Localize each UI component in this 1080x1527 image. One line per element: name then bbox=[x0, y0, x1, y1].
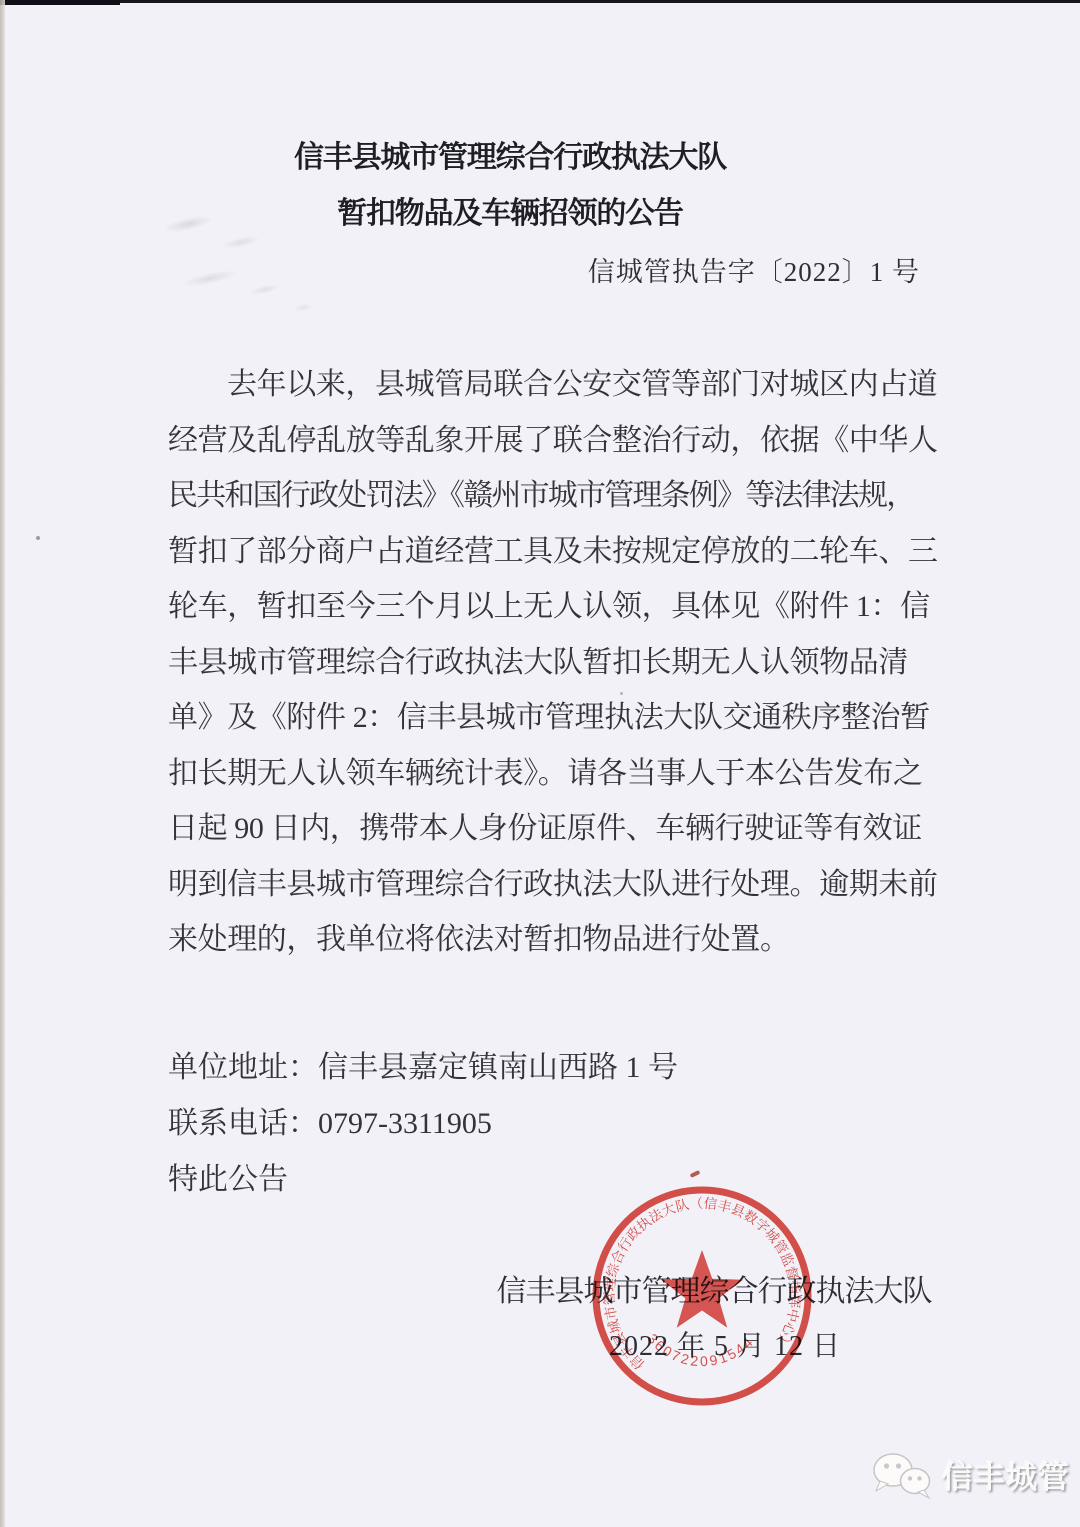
watermark-label: 信丰城管 bbox=[942, 1452, 1070, 1497]
scan-edge-top-left bbox=[0, 0, 120, 5]
body-line: 经营及乱停乱放等乱象开展了联合整治行动，依据《中华人 bbox=[168, 413, 958, 469]
document-number: 信城管执告字〔2022〕1 号 bbox=[588, 252, 920, 292]
body-line: 去年以来，县城管局联合公安交管等部门对城区内占道 bbox=[168, 357, 958, 413]
notice-body: 去年以来，县城管局联合公安交管等部门对城区内占道 经营及乱停乱放等乱象开展了联合… bbox=[168, 357, 958, 968]
body-line: 民共和国行政处罚法》《赣州市城市管理条例》等法律法规， bbox=[168, 468, 958, 524]
scan-speck bbox=[36, 536, 40, 540]
title-line-1: 信丰县城市管理综合行政执法大队 bbox=[0, 130, 1020, 186]
unit-address: 单位地址：信丰县嘉定镇南山西路 1 号 bbox=[168, 1040, 678, 1096]
title-line-2: 暂扣物品及车辆招领的公告 bbox=[0, 186, 1020, 242]
body-line: 暂扣了部分商户占道经营工具及未按规定停放的二轮车、三 bbox=[168, 524, 958, 580]
body-line: 单》及《附件 2：信丰县城市管理执法大队交通秩序整治暂 bbox=[168, 690, 958, 746]
scan-edge-top bbox=[0, 0, 1080, 3]
document-title: 信丰县城市管理综合行政执法大队 暂扣物品及车辆招领的公告 bbox=[0, 130, 1020, 242]
seal-star-icon bbox=[661, 1250, 743, 1328]
body-line: 来处理的，我单位将依法对暂扣物品进行处置。 bbox=[168, 912, 958, 968]
wechat-watermark: 信丰城管 bbox=[868, 1448, 1070, 1500]
body-line: 丰县城市管理综合行政执法大队暂扣长期无人认领物品清 bbox=[168, 635, 958, 691]
body-line: 日起 90 日内，携带本人身份证原件、车辆行驶证等有效证 bbox=[168, 801, 958, 857]
document-page: 信丰县城市管理综合行政执法大队 暂扣物品及车辆招领的公告 信城管执告字〔2022… bbox=[0, 0, 1080, 1527]
body-line: 扣长期无人认领车辆统计表》。请各当事人于本公告发布之 bbox=[168, 746, 958, 802]
body-line: 明到信丰县城市管理综合行政执法大队进行处理。逾期未前 bbox=[168, 857, 958, 913]
body-line: 轮车，暂扣至今三个月以上无人认领，具体见《附件 1：信 bbox=[168, 579, 958, 635]
official-seal: 信丰县城市管理综合行政执法大队（信丰县数字城管监督指挥中心） 360722091… bbox=[582, 1176, 822, 1416]
contact-phone: 联系电话：0797-3311905 bbox=[168, 1096, 678, 1152]
wechat-icon bbox=[868, 1448, 934, 1500]
